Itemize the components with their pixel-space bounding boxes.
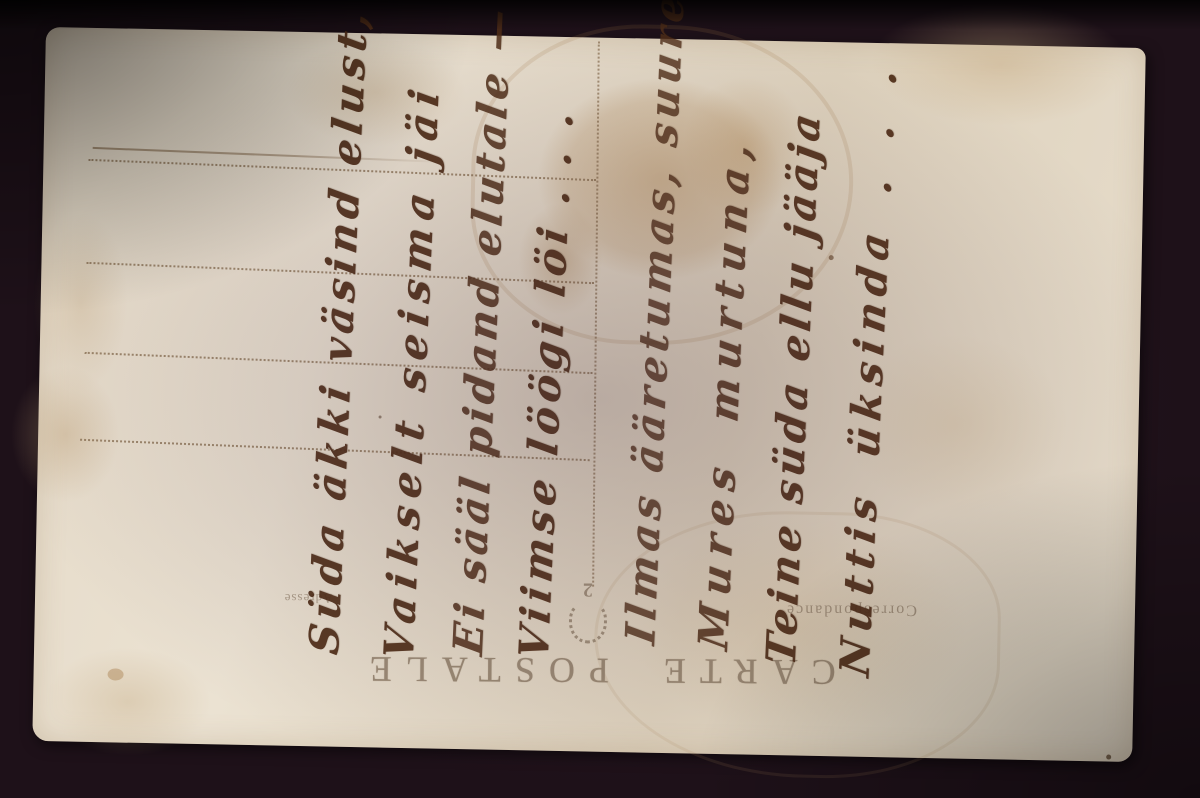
- foxing-speck: [829, 255, 834, 260]
- series-number: 2: [583, 580, 593, 600]
- handwriting-line-8: Nuttis üksinda . . .: [827, 58, 910, 680]
- handwriting-line-5: Ilmas ääretumas, suures: [612, 0, 699, 648]
- foxing-speck: [1106, 754, 1111, 759]
- photo-backdrop: CARTE POSTALE Correspondance Adresse 2 S…: [0, 0, 1200, 798]
- stain-left-mid: [13, 176, 148, 428]
- handwriting-line-6: Mures murtuna,: [685, 130, 764, 653]
- handwriting-line-7: Teine süda ellu jääja: [753, 106, 834, 670]
- publisher-emblem: 2: [562, 565, 614, 643]
- divider-line: [592, 42, 600, 587]
- horseshoe-emblem-icon: [569, 601, 607, 643]
- stain-bottom-left: [12, 625, 245, 779]
- handwriting-line-1: Süda äkki väsind elust,: [296, 3, 381, 658]
- postcard-back: CARTE POSTALE Correspondance Adresse 2 S…: [32, 27, 1146, 762]
- foxing-speck: [107, 668, 123, 680]
- handwriting-line-2: Vaikselt seisma jäi: [371, 77, 453, 663]
- stain-left-edge: [0, 338, 142, 531]
